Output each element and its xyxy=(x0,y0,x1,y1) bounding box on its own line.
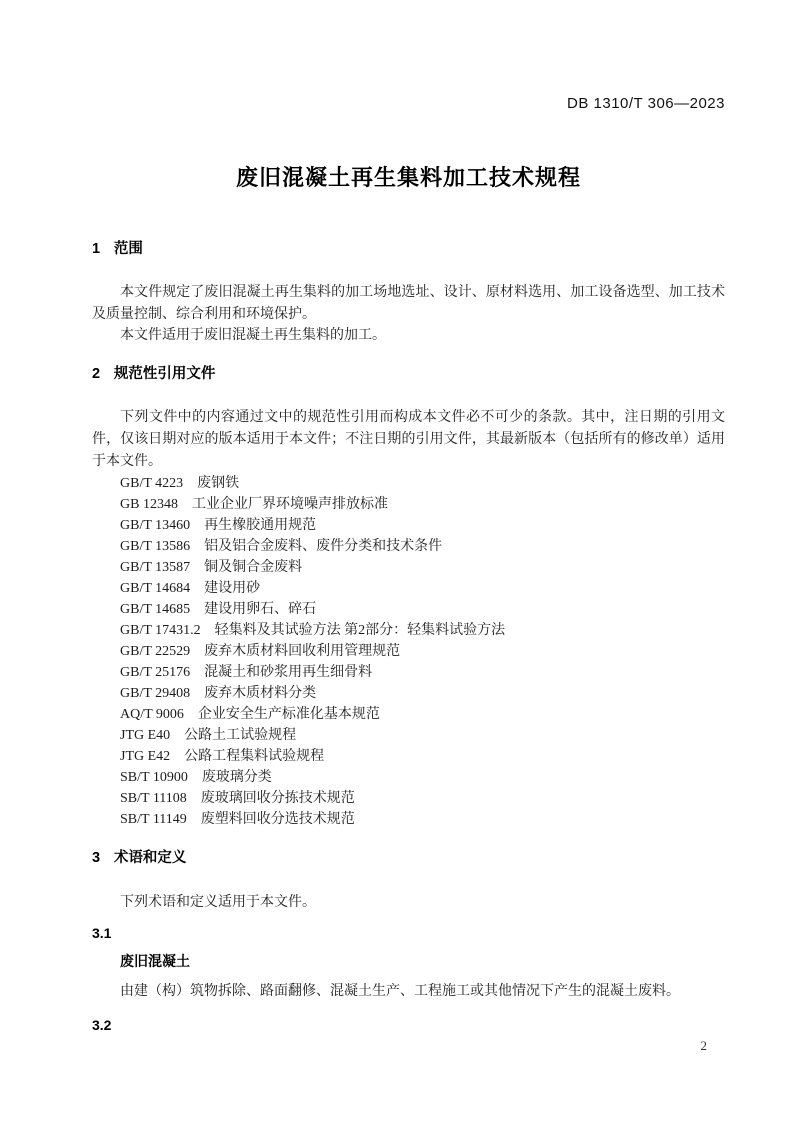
section-2-number: 2 xyxy=(92,366,100,382)
reference-item: GB/T 14684建设用砂 xyxy=(92,578,725,599)
standard-code: DB 1310/T 306—2023 xyxy=(92,0,725,111)
reference-title: 企业安全生产标准化基本规范 xyxy=(198,707,380,722)
document-title: 废旧混凝土再生集料加工技术规程 xyxy=(92,163,725,193)
section-3-heading: 3术语和定义 xyxy=(92,851,725,866)
reference-item: SB/T 11108废玻璃回收分拣技术规范 xyxy=(92,788,725,809)
reference-code: SB/T 11108 xyxy=(120,791,187,806)
reference-title: 轻集料及其试验方法 第2部分：轻集料试验方法 xyxy=(215,623,506,638)
reference-title: 工业企业厂界环境噪声排放标准 xyxy=(192,497,388,512)
term-entry-number: 3.2 xyxy=(92,1018,725,1033)
term-name: 废旧混凝土 xyxy=(92,954,725,969)
reference-item: GB/T 25176混凝土和砂浆用再生细骨料 xyxy=(92,662,725,683)
reference-title: 废玻璃回收分拣技术规范 xyxy=(201,791,355,806)
reference-code: GB/T 25176 xyxy=(120,665,190,680)
section-3-number: 3 xyxy=(92,850,100,866)
reference-item: AQ/T 9006企业安全生产标准化基本规范 xyxy=(92,704,725,725)
section-1-title: 范围 xyxy=(114,241,143,257)
reference-code: GB/T 14684 xyxy=(120,581,190,596)
reference-item: SB/T 11149废塑料回收分选技术规范 xyxy=(92,809,725,830)
section-2-heading: 2规范性引用文件 xyxy=(92,367,725,382)
references-intro: 下列文件中的内容通过文中的规范性引用而构成本文件必不可少的条款。其中，注日期的引… xyxy=(92,407,725,473)
term-definition: 由建（构）筑物拆除、路面翻修、混凝土生产、工程施工或其他情况下产生的混凝土废料。 xyxy=(92,981,725,1003)
page-number: 2 xyxy=(701,1038,708,1053)
reference-item: JTG E42公路工程集料试验规程 xyxy=(92,746,725,767)
document-page: DB 1310/T 306—2023 废旧混凝土再生集料加工技术规程 1范围 本… xyxy=(0,0,800,1132)
page-content: DB 1310/T 306—2023 废旧混凝土再生集料加工技术规程 1范围 本… xyxy=(0,0,800,1033)
reference-code: GB/T 17431.2 xyxy=(120,623,201,638)
reference-item: GB/T 4223废钢铁 xyxy=(92,473,725,494)
reference-code: AQ/T 9006 xyxy=(120,707,184,722)
reference-code: GB/T 13587 xyxy=(120,560,190,575)
reference-title: 建设用砂 xyxy=(204,581,260,596)
reference-code: SB/T 10900 xyxy=(120,770,188,785)
reference-title: 公路工程集料试验规程 xyxy=(184,749,324,764)
reference-title: 铝及铝合金废料、废件分类和技术条件 xyxy=(204,539,442,554)
terms-intro: 下列术语和定义适用于本文件。 xyxy=(92,892,725,914)
section-2-title: 规范性引用文件 xyxy=(114,366,216,382)
reference-code: GB/T 14685 xyxy=(120,602,190,617)
reference-code: GB/T 13460 xyxy=(120,518,190,533)
reference-item: GB 12348工业企业厂界环境噪声排放标准 xyxy=(92,494,725,515)
reference-title: 废钢铁 xyxy=(197,476,239,491)
reference-title: 公路土工试验规程 xyxy=(184,728,296,743)
reference-item: JTG E40公路土工试验规程 xyxy=(92,725,725,746)
reference-title: 废弃木质材料分类 xyxy=(204,686,316,701)
reference-code: GB/T 4223 xyxy=(120,476,183,491)
reference-title: 混凝土和砂浆用再生细骨料 xyxy=(204,665,372,680)
reference-code: GB/T 13586 xyxy=(120,539,190,554)
reference-title: 建设用卵石、碎石 xyxy=(204,602,316,617)
scope-paragraph: 本文件规定了废旧混凝土再生集料的加工场地选址、设计、原材料选用、加工设备选型、加… xyxy=(92,282,725,325)
reference-list: GB/T 4223废钢铁 GB 12348工业企业厂界环境噪声排放标准 GB/T… xyxy=(92,473,725,830)
term-entry-number: 3.1 xyxy=(92,926,725,941)
reference-item: GB/T 13587铜及铜合金废料 xyxy=(92,557,725,578)
reference-code: SB/T 11149 xyxy=(120,812,187,827)
reference-title: 废塑料回收分选技术规范 xyxy=(201,812,355,827)
reference-code: JTG E40 xyxy=(120,728,170,743)
reference-item: GB/T 13586铝及铝合金废料、废件分类和技术条件 xyxy=(92,536,725,557)
reference-code: JTG E42 xyxy=(120,749,170,764)
reference-title: 废玻璃分类 xyxy=(202,770,272,785)
reference-item: GB/T 29408废弃木质材料分类 xyxy=(92,683,725,704)
reference-title: 铜及铜合金废料 xyxy=(204,560,302,575)
scope-paragraphs: 本文件规定了废旧混凝土再生集料的加工场地选址、设计、原材料选用、加工设备选型、加… xyxy=(92,282,725,347)
reference-code: GB/T 29408 xyxy=(120,686,190,701)
reference-item: SB/T 10900废玻璃分类 xyxy=(92,767,725,788)
reference-code: GB 12348 xyxy=(120,497,178,512)
reference-item: GB/T 22529废弃木质材料回收利用管理规范 xyxy=(92,641,725,662)
reference-item: GB/T 13460再生橡胶通用规范 xyxy=(92,515,725,536)
scope-paragraph: 本文件适用于废旧混凝土再生集料的加工。 xyxy=(92,325,725,347)
reference-item: GB/T 17431.2轻集料及其试验方法 第2部分：轻集料试验方法 xyxy=(92,620,725,641)
section-1-number: 1 xyxy=(92,241,100,257)
reference-code: GB/T 22529 xyxy=(120,644,190,659)
reference-item: GB/T 14685建设用卵石、碎石 xyxy=(92,599,725,620)
reference-title: 再生橡胶通用规范 xyxy=(204,518,316,533)
section-3-title: 术语和定义 xyxy=(114,850,187,866)
section-1-heading: 1范围 xyxy=(92,242,725,257)
reference-title: 废弃木质材料回收利用管理规范 xyxy=(204,644,400,659)
